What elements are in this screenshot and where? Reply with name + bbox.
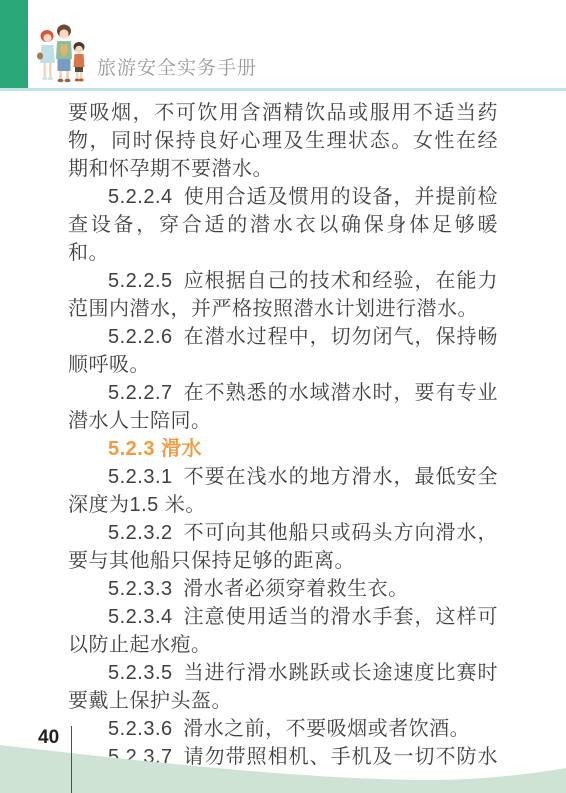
paragraph: 5.2.3.3 滑水者必须穿着救生衣。 (68, 575, 498, 603)
paragraph: 要吸烟，不可饮用含酒精饮品或服用不适当药物，同时保持良好心理及生理状态。女性在经… (68, 99, 498, 183)
paragraph: 5.2.2.6 在潜水过程中，切勿闭气，保持畅顺呼吸。 (68, 323, 498, 379)
paragraph: 5.2.3.6 滑水之前，不要吸烟或者饮酒。 (68, 715, 498, 743)
family-icon (33, 22, 91, 88)
header-divider (0, 88, 566, 91)
section-heading: 5.2.3 滑水 (68, 435, 498, 463)
paragraph: 5.2.3.5 当进行滑水跳跃或长途速度比赛时要戴上保护头盔。 (68, 659, 498, 715)
footer-vertical-rule (71, 726, 72, 793)
paragraph: 5.2.2.7 在不熟悉的水域潜水时，要有专业潜水人士陪同。 (68, 379, 498, 435)
corner-accent-block (0, 0, 28, 88)
footer-wave-decoration (0, 743, 566, 793)
handbook-title: 旅游安全实务手册 (97, 53, 257, 80)
paragraph: 5.2.2.5 应根据自己的技术和经验，在能力范围内潜水，并严格按照潜水计划进行… (68, 267, 498, 323)
page-number: 40 (38, 727, 59, 749)
handbook-page: 旅游安全实务手册 要吸烟，不可饮用含酒精饮品或服用不适当药物，同时保持良好心理及… (0, 0, 566, 793)
paragraph: 5.2.2.4 使用合适及惯用的设备，并提前检查设备，穿合适的潜水衣以确保身体足… (68, 183, 498, 267)
paragraph: 5.2.3.2 不可向其他船只或码头方向滑水，要与其他船只保持足够的距离。 (68, 519, 498, 575)
paragraph: 5.2.3.4 注意使用适当的滑水手套，这样可以防止起水疱。 (68, 603, 498, 659)
page-body: 要吸烟，不可饮用含酒精饮品或服用不适当药物，同时保持良好心理及生理状态。女性在经… (68, 99, 498, 793)
paragraph: 5.2.3.1 不要在浅水的地方滑水，最低安全深度为1.5 米。 (68, 463, 498, 519)
